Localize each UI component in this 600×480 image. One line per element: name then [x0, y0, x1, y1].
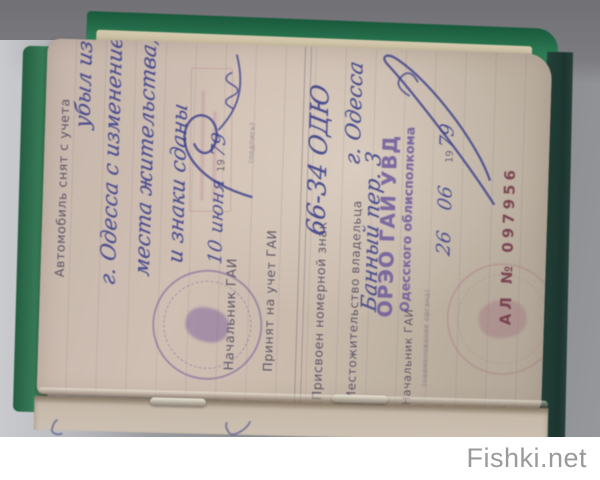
date-year-written: 79 — [436, 122, 459, 150]
chief-gai-label-2: Начальник ГАИ — [400, 308, 416, 405]
document-page: Автомобиль снят с учета убыл из г. Одесс… — [37, 38, 553, 410]
plate-value-handwritten: 66-34 ОДЮ — [301, 82, 335, 238]
date-day: 26 — [433, 229, 456, 257]
org-caption: (наименование органа) — [420, 289, 431, 387]
handwritten-line-3: места жительства, — [130, 38, 161, 278]
staple-right — [332, 394, 388, 403]
watermark-text: Fishki.net — [466, 443, 587, 474]
registered-label: Принят на учет ГАИ — [260, 229, 279, 372]
round-purple-stamp — [139, 257, 275, 393]
date-day: 10 — [204, 238, 227, 266]
registration-date: 26 06 19 79 — [433, 124, 459, 256]
photo-of-document: Автомобиль снят с учета убыл из г. Одесс… — [0, 0, 600, 480]
watermark-band: Fishki.net — [0, 437, 600, 480]
signature-caption: (подпись) — [247, 122, 256, 163]
deregistration-label: Автомобиль снят с учета — [52, 98, 73, 277]
plate-label: Присвоен номерной знак — [309, 221, 330, 401]
handwritten-line-2: г. Одесса с изменением — [96, 38, 128, 287]
booklet-scene: Автомобиль снят с учета убыл из г. Одесс… — [0, 0, 600, 480]
date-year-printed: 19 — [444, 150, 455, 163]
staple-left — [150, 397, 206, 406]
rotated-page-content: Автомобиль снят с учета убыл из г. Одесс… — [37, 39, 552, 410]
handwritten-line-1: убыл из — [70, 38, 97, 130]
date-month: 06 — [434, 184, 457, 212]
